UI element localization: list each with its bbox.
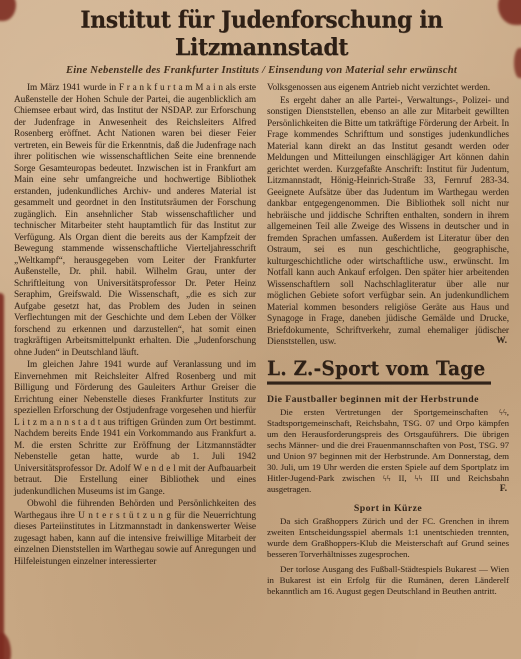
paragraph: Der torlose Ausgang des Fußball-Städtesp… (267, 564, 509, 597)
paragraph: Im gleichen Jahre 1941 wurde auf Veranla… (14, 359, 256, 497)
red-stain-right-edge (514, 48, 521, 78)
paragraph-text: Es ergeht daher an alle Partei-, Verwalt… (267, 95, 509, 347)
paragraph: Die ersten Vertretungen der Sportgemeins… (267, 407, 509, 495)
author-initial: F. (487, 484, 507, 495)
paragraph-text: Die ersten Vertretungen der Sportgemeins… (267, 407, 509, 494)
author-initial: W. (483, 336, 507, 348)
right-column: Volksgenossen aus eigenem Antrieb nicht … (267, 82, 509, 601)
article-title: Institut für Judenforschung in Litzmanns… (14, 6, 509, 61)
sport-section-header: L. Z.-Sport vom Tage (267, 358, 491, 384)
paragraph: Volksgenossen aus eigenem Antrieb nicht … (267, 82, 509, 94)
paragraph: Im März 1941 wurde in F r a n k f u r t … (14, 82, 256, 358)
paragraph: Da sich Graßhoppers Zürich und der FC. G… (267, 516, 509, 560)
paragraph: Obwohl die führenden Behörden und Persön… (14, 498, 256, 567)
sport-headline: Sport in Kürze (267, 503, 509, 514)
newspaper-clipping: Institut für Judenforschung in Litzmanns… (0, 0, 521, 659)
article-subtitle: Eine Nebenstelle des Frankfurter Institu… (14, 65, 509, 76)
red-stain-bottom-left (0, 633, 11, 659)
article-header: Institut für Judenforschung in Litzmanns… (14, 8, 509, 76)
left-column: Im März 1941 wurde in F r a n k f u r t … (14, 82, 256, 601)
article-body: Im März 1941 wurde in F r a n k f u r t … (14, 82, 509, 601)
paragraph: Es ergeht daher an alle Partei-, Verwalt… (267, 95, 509, 348)
sport-headline: Die Faustballer beginnen mit der Herbstr… (267, 394, 509, 405)
red-stain-left-edge (0, 293, 4, 659)
